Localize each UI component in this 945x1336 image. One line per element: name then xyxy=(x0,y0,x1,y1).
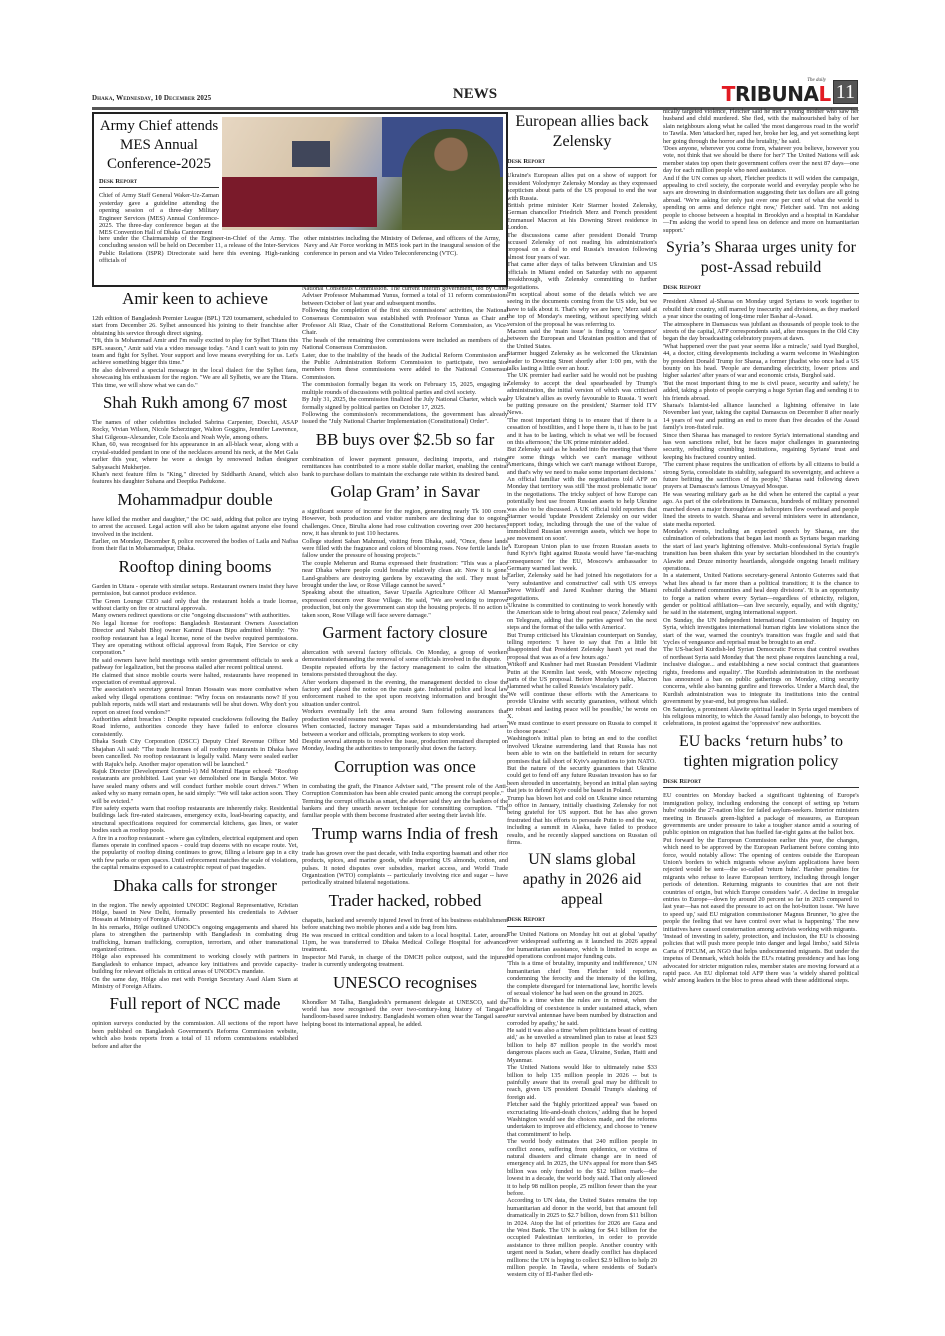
article-paragraph: Trump has blown hot and cold on Ukraine … xyxy=(507,795,657,847)
article-paragraph: Authorities admit breaches : Despite rep… xyxy=(92,716,298,738)
article: BB buys over $2.5b so farcombination of … xyxy=(302,430,508,478)
article-paragraph: On Saturday, a prominent Alawite spiritu… xyxy=(663,706,859,728)
column-1: Amir keen to achieve12th edition of Bang… xyxy=(92,285,298,1050)
article-paragraph: He also delivered a special message in t… xyxy=(92,367,298,389)
article: Full report of NCC madeopinion surveys c… xyxy=(92,994,298,1050)
lead-byline: Desk Report xyxy=(99,178,219,188)
article-paragraph: The US-backed Kurdish-led Syrian Democra… xyxy=(663,646,859,705)
article-paragraph: 'Does anyone, wherever you come from, wh… xyxy=(663,145,859,175)
article: Rooftop dining boomsGarden in Uttara - o… xyxy=(92,557,298,872)
article-paragraph: On the same day, Hölge also met with For… xyxy=(92,976,298,991)
article-paragraph: Put forward by the European Commission e… xyxy=(663,837,859,933)
article-paragraph: Khan's next feature film is "King," dire… xyxy=(92,471,298,486)
article-headline: Dhaka calls for stronger xyxy=(92,876,298,896)
article-paragraph: Fire safety experts warn that rooftop re… xyxy=(92,805,298,835)
article-paragraph: The heads of the remaining five commissi… xyxy=(302,337,508,352)
article-paragraph: By July 31, 2025, the commission finaliz… xyxy=(302,396,508,411)
article-paragraph: a significant source of income for the r… xyxy=(302,508,508,538)
article: European allies back ZelenskyDesk Report… xyxy=(507,112,657,846)
article-paragraph: The Green Lounge CEO said only that the … xyxy=(92,598,298,613)
article-paragraph: 'Ukraine is committed to continuing to w… xyxy=(507,602,657,632)
article-paragraph: 'I'm sceptical about some of the details… xyxy=(507,291,657,328)
article-paragraph: The atmosphere in Damascus was jubilant … xyxy=(663,321,859,343)
article-headline: Golap Gram’ in Savar xyxy=(302,482,508,502)
article-paragraph: President Ahmed al-Sharaa on Monday urge… xyxy=(663,298,859,320)
article-paragraph: According to UN data, the United States … xyxy=(507,1197,657,1278)
article-paragraph: combination of lower payment pressure, d… xyxy=(302,456,508,478)
article-headline: Shah Rukh among 67 most xyxy=(92,393,298,413)
article-paragraph: He said owners have held meetings with s… xyxy=(92,657,298,672)
article: UN slams global apathy in 2026 aid appea… xyxy=(507,850,657,1279)
article: UNESCO recognisesKhondker M Talha, Bangl… xyxy=(302,973,508,1029)
article-paragraph: That came after days of talks between Uk… xyxy=(507,261,657,291)
article-paragraph: The association's secretary general Imra… xyxy=(92,686,298,716)
article-paragraph: The discussions came after president Don… xyxy=(507,232,657,262)
article-byline: Desk Report xyxy=(663,778,859,788)
article-headline: EU backs ‘return hubs’ to tighten migrat… xyxy=(663,732,859,772)
article-paragraph: An official familiar with the negotiatio… xyxy=(507,476,657,543)
article-headline: European allies back Zelensky xyxy=(507,112,657,152)
article-paragraph: Khan, 60, was recognised for his appeara… xyxy=(92,441,298,471)
article-paragraph: After workers dispersed in the evening, … xyxy=(302,679,508,709)
article-paragraph: Rajuk Director (Development Control-1) M… xyxy=(92,768,298,805)
article-paragraph: Macron said the 'main issue' is finding … xyxy=(507,328,657,350)
article-paragraph: British prime minister Keir Starmer host… xyxy=(507,202,657,232)
lead-text-b: here under the Chairmanship of the Engin… xyxy=(99,235,299,265)
article-paragraph: Despite repeated efforts by the factory … xyxy=(302,664,508,679)
article-paragraph: Hölge also expressed his commitment to w… xyxy=(92,953,298,975)
article-headline: Garment factory closure xyxy=(302,623,508,643)
article-paragraph: chapatis, hacked and severely injured Je… xyxy=(302,917,508,932)
article-byline: Desk Report xyxy=(507,916,657,926)
article-paragraph: Khondker M Talha, Bangladesh's permanent… xyxy=(302,999,508,1029)
article-paragraph: But Trump criticised his Ukrainian count… xyxy=(507,632,657,662)
article-paragraph: Sharaa's Islamist-led alliance launched … xyxy=(663,402,859,432)
article-paragraph: The United Nations would like to ultimat… xyxy=(507,1064,657,1101)
article-paragraph: Earlier, on Monday, December 8, police r… xyxy=(92,538,298,553)
article-paragraph: The names of other celebrities included … xyxy=(92,419,298,441)
article-paragraph: Many owners redirect questions or cite "… xyxy=(92,612,298,619)
article-paragraph: Since then Sharaa has managed to restore… xyxy=(663,432,859,462)
officer-figure xyxy=(402,129,500,230)
lead-text-a: Chief of Army Staff General Waker-Uz-Zam… xyxy=(99,192,219,236)
article-paragraph: "Hi, this is Mohammad Amir and I'm reall… xyxy=(92,337,298,367)
article-paragraph: On Sunday, the UN Independent Internatio… xyxy=(663,617,859,647)
lead-story-intro: Army Chief attends MES Annual Conference… xyxy=(99,117,219,237)
article-headline: Rooftop dining booms xyxy=(92,557,298,577)
masthead: Dhaka, Wednesday, 10 December 2025 NEWS … xyxy=(92,80,858,106)
lead-text-c-col: other ministries including the Ministry … xyxy=(304,235,500,257)
article-paragraph: In a statement, United Nations secretary… xyxy=(663,572,859,616)
article: Trump warns India of freshtrade has grow… xyxy=(302,824,508,887)
article-paragraph: 'But the most important thing to me is c… xyxy=(663,380,859,402)
article-paragraph: 'We will continue these efforts with the… xyxy=(507,691,657,721)
article-paragraph: Earlier, Zelensky said he had joined his… xyxy=(507,572,657,602)
article-headline: UN slams global apathy in 2026 aid appea… xyxy=(507,850,657,910)
article: nically targeted violence, Fletcher said… xyxy=(663,108,859,234)
article: Shah Rukh among 67 mostThe names of othe… xyxy=(92,393,298,486)
article-paragraph: Following the commission's recommendatio… xyxy=(302,411,508,426)
article-paragraph: 'This is a time of brutality, impunity a… xyxy=(507,960,657,997)
article-paragraph: He was wearing military garb as he did w… xyxy=(663,491,859,528)
article-paragraph: Terming the corrupt officials as smart, … xyxy=(302,798,508,820)
article-paragraph: Later, due to the inability of the heads… xyxy=(302,352,508,382)
article-paragraph: Monday's events, including an expected s… xyxy=(663,528,859,572)
tribunal-logo: The daily TRIBUNAL 11 xyxy=(722,80,858,104)
article-paragraph: Dhaka South City Corporation (DSCC) Depu… xyxy=(92,738,298,768)
article-paragraph: The UK premier had earlier said he would… xyxy=(507,372,657,416)
article-paragraph: The world body estimates that 240 millio… xyxy=(507,1138,657,1197)
article-paragraph: The United Nations on Monday hit out at … xyxy=(507,931,657,961)
article-paragraph: He said it was also a time 'when politic… xyxy=(507,1027,657,1064)
article-paragraph: No legal license for rooftops: Banglades… xyxy=(92,620,298,657)
article-paragraph: Inspector Md Faruk, in charge of the DMC… xyxy=(302,954,508,969)
article-headline: Trader hacked, robbed xyxy=(302,891,508,911)
article-paragraph: have killed the mother and daughter," th… xyxy=(92,516,298,538)
article-byline: Desk Report xyxy=(507,158,657,168)
article-paragraph: When contacted, factory manager Tapas sa… xyxy=(302,723,508,738)
article-paragraph: A European Union plan to use frozen Russ… xyxy=(507,543,657,573)
article-paragraph: in the region. The newly appointed UNODC… xyxy=(92,902,298,924)
article-paragraph: He claimed that since mobile courts were… xyxy=(92,672,298,687)
article: National Consensus Commission. The curre… xyxy=(302,285,508,426)
article: Golap Gram’ in Savara significant source… xyxy=(302,482,508,619)
article-paragraph: But the nature of the security guarantee… xyxy=(507,765,657,795)
lead-text-c: other ministries including the Ministry … xyxy=(304,235,500,257)
article: Corruption was oncein combating the graf… xyxy=(302,757,508,820)
logo-wordmark: TRIBUNAL xyxy=(722,84,831,104)
article-paragraph: Speaking about the situation, Savar Upaz… xyxy=(302,589,508,619)
article-headline: Amir keen to achieve xyxy=(92,289,298,309)
article-paragraph: But Zelensky said as he headed into the … xyxy=(507,446,657,476)
newspaper-page: Dhaka, Wednesday, 10 December 2025 NEWS … xyxy=(92,80,858,110)
article-paragraph: And if the UN comes up short, Fletcher p… xyxy=(663,175,859,234)
article-headline: BB buys over $2.5b so far xyxy=(302,430,508,450)
article-paragraph: Washington's initial plan to bring an en… xyxy=(507,735,657,765)
article: EU backs ‘return hubs’ to tighten migrat… xyxy=(663,732,859,985)
article-byline: Desk Report xyxy=(663,284,859,294)
article-paragraph: trade has grown over the past decade, wi… xyxy=(302,850,508,887)
lead-headline: Army Chief attends MES Annual Conference… xyxy=(99,117,219,174)
article: Mohammadpur doublehave killed the mother… xyxy=(92,490,298,553)
article-paragraph: 'The current phase requires the unificat… xyxy=(663,461,859,491)
article-paragraph: College student Saban Mahmud, visiting f… xyxy=(302,538,508,560)
article-paragraph: Fletcher said the 'highly prioritized ap… xyxy=(507,1101,657,1138)
article-paragraph: Ukraine's European allies put on a show … xyxy=(507,172,657,202)
article: Garment factory closurealtercation with … xyxy=(302,623,508,753)
article-paragraph: Witkoff and Kushner had met Russian Pres… xyxy=(507,661,657,691)
article-paragraph: Despite several attempts to resolve the … xyxy=(302,738,508,753)
article: Syria’s Sharaa urges unity for post-Assa… xyxy=(663,238,859,728)
article-paragraph: opinion surveys conducted by the commiss… xyxy=(92,1020,298,1050)
article: Dhaka calls for strongerin the region. T… xyxy=(92,876,298,991)
article-paragraph: 'We must continue to exert pressure on R… xyxy=(507,720,657,735)
article-paragraph: Following the completion of the first si… xyxy=(302,307,508,337)
page-number: 11 xyxy=(833,80,858,104)
article: Trader hacked, robbedchapatis, hacked an… xyxy=(302,891,508,969)
article-paragraph: altercation with several factory officia… xyxy=(302,649,508,664)
article-headline: Full report of NCC made xyxy=(92,994,298,1014)
article-paragraph: He was rescued in critical condition and… xyxy=(302,932,508,954)
article-headline: Trump warns India of fresh xyxy=(302,824,508,844)
article-paragraph: 12th edition of Bangladesh Premier Leagu… xyxy=(92,315,298,337)
article-paragraph: Starmer hugged Zelensky as he welcomed t… xyxy=(507,350,657,372)
army-chief-photo xyxy=(222,117,503,230)
article-paragraph: National Consensus Commission. The curre… xyxy=(302,285,508,307)
article-paragraph: The commission formally began its work o… xyxy=(302,381,508,396)
article-paragraph: Workers eventually left the area around … xyxy=(302,708,508,723)
column-2: National Consensus Commission. The curre… xyxy=(302,285,508,1028)
article-paragraph: A fire in a rooftop restaurant - where g… xyxy=(92,835,298,872)
article-paragraph: Garden in Uttara - operate with similar … xyxy=(92,583,298,598)
column-3: European allies back ZelenskyDesk Report… xyxy=(507,108,657,1279)
article-paragraph: in combating the graft, the Finance Advi… xyxy=(302,783,508,798)
article-headline: UNESCO recognises xyxy=(302,973,508,993)
article-paragraph: The couple Meherun and Ruma expressed th… xyxy=(302,560,508,590)
lead-text-b-col: here under the Chairmanship of the Engin… xyxy=(99,235,299,265)
article-headline: Mohammadpur double xyxy=(92,490,298,510)
article: Amir keen to achieve12th edition of Bang… xyxy=(92,289,298,389)
article-paragraph: 'The most important thing is to ensure t… xyxy=(507,417,657,447)
article-paragraph: In his remarks, Hölge outlined UNODC's o… xyxy=(92,924,298,954)
article-headline: Syria’s Sharaa urges unity for post-Assa… xyxy=(663,238,859,278)
article-headline: Corruption was once xyxy=(302,757,508,777)
article-paragraph: nically targeted violence, Fletcher said… xyxy=(663,108,859,145)
article-paragraph: 'This is a time when the rules are in re… xyxy=(507,997,657,1027)
article-paragraph: 'Instead of investing in safety, protect… xyxy=(663,933,859,985)
article-paragraph: 'What happened over the past year seems … xyxy=(663,343,859,380)
lead-story-box: Army Chief attends MES Annual Conference… xyxy=(92,112,508,287)
logo-prefix: The daily xyxy=(807,78,826,83)
column-4: nically targeted violence, Fletcher said… xyxy=(663,108,859,985)
article-paragraph: EU countries on Monday backed a signific… xyxy=(663,792,859,836)
